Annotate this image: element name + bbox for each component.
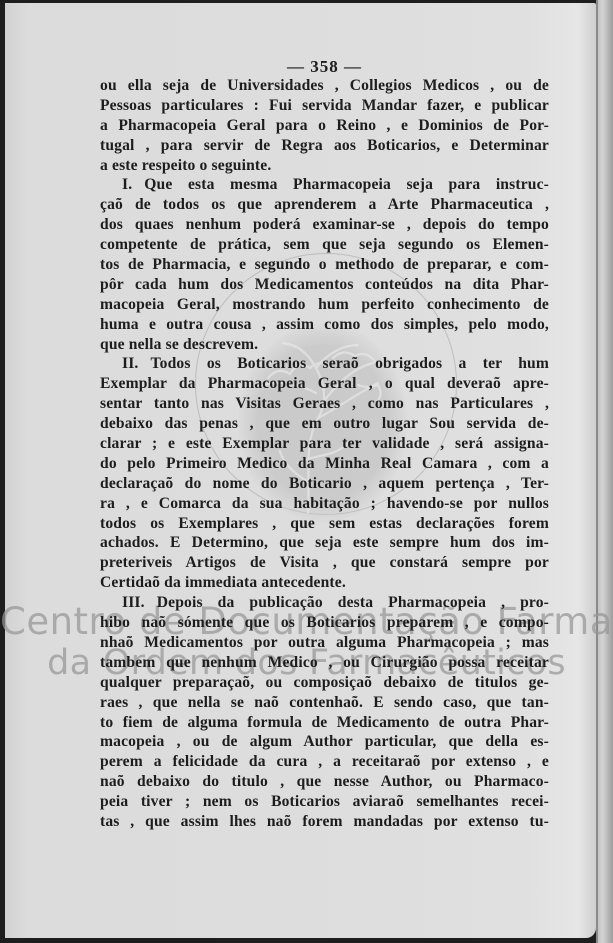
text-line: tambem que nenhum Medico , ou Cirurgião …: [100, 653, 549, 673]
text-line: ou ella seja de Universidades , Collegio…: [100, 76, 549, 96]
text-line: do pelo Primeiro Medico da Minha Real Ca…: [100, 454, 549, 474]
text-line: macopeia Geral, mostrando hum perfeito c…: [100, 295, 549, 315]
section-numeral: III.: [122, 594, 145, 611]
text-line: clarar ; e este Exemplar para ter valida…: [100, 434, 549, 454]
text-line: tas , que assim lhes naõ forem mandadas …: [100, 812, 549, 832]
text-line: nhaõ Medicamentos por outra alguma Pharm…: [100, 633, 549, 653]
paragraph-intro: ou ella seja de Universidades , Collegio…: [100, 76, 549, 175]
paragraph-section-3: III.Depois da publicação desta Pharmacop…: [100, 593, 549, 832]
text-line: I.Que esta mesma Pharmacopeia seja para …: [100, 175, 549, 195]
text-line: tos de Pharmacia, e segundo o methodo de…: [100, 255, 549, 275]
text-line: pôr cada hum dos Medicamentos conteúdos …: [100, 275, 549, 295]
text-line: preteriveis Artigos de Visita , que cons…: [100, 553, 549, 573]
paragraphs: ou ella seja de Universidades , Collegio…: [100, 76, 549, 832]
text-line: Exemplar da Pharmacopeia Geral , o qual …: [100, 374, 549, 394]
text-line: declaraçaõ do nome do Boticario , aquem …: [100, 474, 549, 494]
text-line: peia tiver ; nem os Boticarios aviaraõ s…: [100, 792, 549, 812]
text-line: ra , e Comarca da sua habitação ; havend…: [100, 494, 549, 514]
text-line: çaõ de todos os que aprenderem a Arte Ph…: [100, 195, 549, 215]
page-number: — 358 —: [100, 56, 549, 78]
text-line: III.Depois da publicação desta Pharmacop…: [100, 593, 549, 613]
text-line: qualquer preparaçaõ, ou composiçaõ debai…: [100, 673, 549, 693]
section-numeral: II.: [122, 355, 139, 372]
text-line: todos os Exemplares , que sem estas decl…: [100, 514, 549, 534]
section-numeral: I.: [122, 176, 132, 193]
text-line: a este respeito o seguinte.: [100, 156, 549, 176]
page-edge-shadow: [596, 0, 598, 943]
text-line: que nella se descrevem.: [100, 335, 549, 355]
text-line: debaixo das penas , que em outro lugar S…: [100, 414, 549, 434]
text-line: macopeia , ou de algum Author particular…: [100, 732, 549, 752]
text-line: sentar tanto nas Visitas Geraes , como n…: [100, 394, 549, 414]
text-line: naõ debaixo do titulo , que nesse Author…: [100, 772, 549, 792]
text-line: achados. E Determino, que seja este semp…: [100, 533, 549, 553]
text-line: Certidaõ da immediata antecedente.: [100, 573, 549, 593]
text-line: perem a felicidade da cura , a receitara…: [100, 752, 549, 772]
text-line: raes , que nella se naõ contenhaõ. E sen…: [100, 693, 549, 713]
paragraph-section-2: II.Todos os Boticarios seraõ obrigados a…: [100, 354, 549, 593]
text-line: a Pharmacopeia Geral para o Reino , e Do…: [100, 116, 549, 136]
text-line: competente de prática, sem que seja segu…: [100, 235, 549, 255]
text-line: huma e outra cousa , assim como dos simp…: [100, 315, 549, 335]
text-line: II.Todos os Boticarios seraõ obrigados a…: [100, 354, 549, 374]
page-edge: [596, 0, 613, 943]
text-line: to fiem de alguma formula de Medicamento…: [100, 713, 549, 733]
text-line: hibo naõ sómente que os Boticarios prepa…: [100, 613, 549, 633]
text-line: tugal , para servir de Regra aos Boticar…: [100, 136, 549, 156]
text-line: dos quaes nenhum poderá examinar-se , de…: [100, 215, 549, 235]
paragraph-section-1: I.Que esta mesma Pharmacopeia seja para …: [100, 175, 549, 354]
page-text: — 358 — ou ella seja de Universidades , …: [100, 56, 549, 832]
text-line: Pessoas particulares : Fui servida Manda…: [100, 96, 549, 116]
